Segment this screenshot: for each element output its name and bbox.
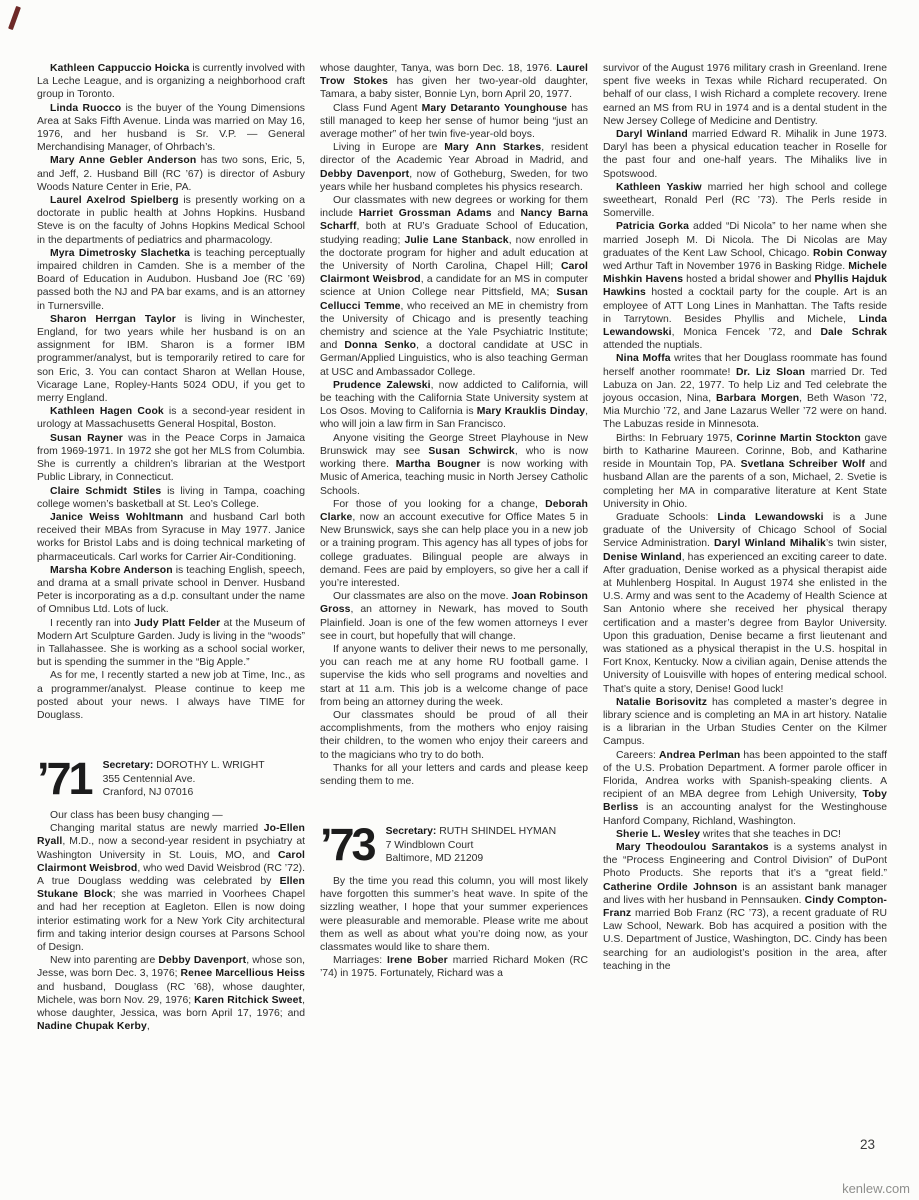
classmate-name: Patricia Gorka [616,221,689,232]
secretary-info: Secretary: DOROTHY L. WRIGHT355 Centenni… [103,759,265,800]
classmate-name: Mary Anne Gebler Anderson [50,155,196,166]
classmate-name: Harriet Grossman Adams [359,208,492,219]
text-segment: wed Arthur Taft in November 1976 in Bask… [603,261,848,272]
text-segment: As for me, I recently started a new job … [37,670,305,721]
class-year-heading: ’71Secretary: DOROTHY L. WRIGHT355 Cente… [37,758,305,800]
classmate-name: Mary Ann Starkes [444,142,541,153]
text-segment: New into parenting are [50,955,158,966]
text-segment: Changing marital status are newly marrie… [50,823,264,834]
classmate-name: Donna Senko [344,340,416,351]
classmate-name: Daryl Winland Mihalik [714,538,826,549]
text-segment: survivor of the August 1976 military cra… [603,63,887,127]
secretary-name: RUTH SHINDEL HYMAN [439,826,556,837]
classmate-name: Denise Winland [603,552,682,563]
classmate-name: Catherine Ordile Johnson [603,882,737,893]
classmate-name: Svetlana Schreiber Wolf [741,459,866,470]
text-segment: , now an account executive for Office Ma… [320,512,588,589]
classmate-name: Claire Schmidt Stiles [50,486,161,497]
classmate-name: Debby Davenport [158,955,246,966]
text-segment: Thanks for all your letters and cards an… [320,763,588,787]
classmate-name: Karen Ritchick Sweet [194,995,302,1006]
classmate-name: Sherie L. Wesley [616,829,700,840]
text-segment: Our class has been busy changing — [50,810,223,821]
news-paragraph: whose daughter, Tanya, was born Dec. 18,… [320,62,588,102]
text-segment: , Monica Fencek ’72, and [672,327,821,338]
text-segment: , an attorney in Newark, has moved to So… [320,604,588,641]
news-paragraph: Prudence Zalewski, now addicted to Calif… [320,379,588,432]
news-paragraph: By the time you read this column, you wi… [320,875,588,954]
news-paragraph: Marsha Kobre Anderson is teaching Englis… [37,564,305,617]
news-paragraph: Marriages: Irene Bober married Richard M… [320,954,588,980]
news-paragraph: Mary Anne Gebler Anderson has two sons, … [37,154,305,194]
text-segment: By the time you read this column, you wi… [320,876,588,953]
classmate-name: Robin Conway [813,248,887,259]
news-paragraph: Natalie Borisovitz has completed a maste… [603,696,887,749]
news-paragraph: Class Fund Agent Mary Detaranto Younghou… [320,102,588,142]
classmate-name: Barbara Morgen [716,393,799,404]
news-paragraph: Sharon Herrgan Taylor is living in Winch… [37,313,305,405]
classmate-name: Marsha Kobre Anderson [50,565,173,576]
classmate-name: Susan Schwirck [428,446,514,457]
text-column: survivor of the August 1976 military cra… [603,62,887,1033]
news-paragraph: Living in Europe are Mary Ann Starkes, r… [320,141,588,194]
news-paragraph: Kathleen Yaskiw married her high school … [603,181,887,221]
classmate-name: Nadine Chupak Kerby [37,1021,147,1032]
classmate-name: Renee Marcellious Heiss [181,968,305,979]
secretary-address-line: Cranford, NJ 07016 [103,786,265,800]
classmate-name: Judy Platt Felder [134,618,220,629]
news-paragraph: If anyone wants to deliver their news to… [320,643,588,709]
news-paragraph: Thanks for all your letters and cards an… [320,762,588,788]
classmate-name: Nina Moffa [616,353,671,364]
classmate-name: Myra Dimetrosky Slachetka [50,248,190,259]
news-paragraph: Daryl Winland married Edward R. Mihalik … [603,128,887,181]
classmate-name: Mary Detaranto Younghouse [422,103,567,114]
text-segment: whose daughter, Tanya, was born Dec. 18,… [320,63,556,74]
secretary-name: DOROTHY L. WRIGHT [156,760,264,771]
text-segment: If anyone wants to deliver their news to… [320,644,588,708]
classmate-name: Laurel Axelrod Spielberg [50,195,179,206]
news-paragraph: survivor of the August 1976 military cra… [603,62,887,128]
classmate-name: Irene Bober [387,955,448,966]
secretary-label: Secretary: [103,760,154,771]
classmate-name: Julie Lane Stanback [404,235,508,246]
news-paragraph: I recently ran into Judy Platt Felder at… [37,617,305,670]
classmate-name: Linda Lewandowski [718,512,824,523]
text-segment: is an accounting analyst for the Westing… [603,802,887,826]
secretary-info: Secretary: RUTH SHINDEL HYMAN7 Windblown… [386,825,557,866]
classmate-name: Janice Weiss Wohltmann [50,512,183,523]
news-paragraph: Claire Schmidt Stiles is living in Tampa… [37,485,305,511]
news-paragraph: Our classmates should be proud of all th… [320,709,588,762]
classmate-name: Martha Bougner [396,459,481,470]
news-paragraph: Myra Dimetrosky Slachetka is teaching pe… [37,247,305,313]
news-paragraph: As for me, I recently started a new job … [37,669,305,722]
text-segment: Careers: [616,750,659,761]
news-paragraph: New into parenting are Debby Davenport, … [37,954,305,1033]
secretary-label: Secretary: [386,826,437,837]
text-segment: , M.D., now a second-year resident in ps… [37,836,305,860]
classmate-name: Kathleen Yaskiw [616,182,702,193]
news-paragraph: Our class has been busy changing — [37,809,305,822]
site-watermark: kenlew.com [842,1181,910,1196]
text-segment: , [147,1021,150,1032]
class-year: ’73 [320,824,374,865]
classmate-name: Dr. Liz Sloan [736,367,805,378]
text-segment: I recently ran into [50,618,134,629]
secretary-address-line: 355 Centennial Ave. [103,773,265,787]
text-segment: married Bob Franz (RC ’73), a recent gra… [603,908,887,972]
news-paragraph: Changing marital status are newly marrie… [37,822,305,954]
text-column: Kathleen Cappuccio Hoicka is currently i… [37,62,305,1033]
news-paragraph: Careers: Andrea Perlman has been appoint… [603,749,887,828]
classmate-name: Linda Ruocco [50,103,121,114]
text-segment: ’s twin sister, [826,538,887,549]
classmate-name: Natalie Borisovitz [616,697,707,708]
text-segment: For those of you looking for a change, [333,499,545,510]
classmate-name: Andrea Perlman [659,750,740,761]
news-paragraph: Mary Theodoulou Sarantakos is a systems … [603,841,887,973]
news-paragraph: Janice Weiss Wohltmann and husband Carl … [37,511,305,564]
text-segment: Class Fund Agent [333,103,422,114]
news-paragraph: Susan Rayner was in the Peace Corps in J… [37,432,305,485]
text-segment: Births: In February 1975, [616,433,736,444]
classmate-name: Susan Rayner [50,433,123,444]
secretary-address-line: Baltimore, MD 21209 [386,852,557,866]
text-segment: attended the nuptials. [603,340,702,351]
text-segment: hosted a bridal shower and [683,274,814,285]
text-segment: , has experienced an exciting career to … [603,552,887,695]
text-segment: writes that she teaches in DC! [700,829,841,840]
news-paragraph: Births: In February 1975, Corinne Martin… [603,432,887,511]
classmate-name: Mary Theodoulou Sarantakos [616,842,769,853]
news-paragraph: Our classmates are also on the move. Joa… [320,590,588,643]
news-paragraph: For those of you looking for a change, D… [320,498,588,590]
news-paragraph: Graduate Schools: Linda Lewandowski is a… [603,511,887,696]
news-paragraph: Laurel Axelrod Spielberg is presently wo… [37,194,305,247]
news-paragraph: Linda Ruocco is the buyer of the Young D… [37,102,305,155]
text-segment: hosted a cocktail party for the couple. … [603,287,887,324]
text-segment: Marriages: [333,955,387,966]
text-segment: Graduate Schools: [616,512,718,523]
news-paragraph: Kathleen Cappuccio Hoicka is currently i… [37,62,305,102]
classmate-name: Sharon Herrgan Taylor [50,314,176,325]
classmate-name: Prudence Zalewski [333,380,431,391]
class-notes-columns: Kathleen Cappuccio Hoicka is currently i… [0,0,919,1033]
classmate-name: Kathleen Cappuccio Hoicka [50,63,189,74]
classmate-name: Daryl Winland [616,129,688,140]
news-paragraph: Our classmates with new degrees or worki… [320,194,588,379]
classmate-name: Corinne Martin Stockton [736,433,861,444]
classmate-name: Dale Schrak [820,327,887,338]
text-segment: is living in Winchester, England, for tw… [37,314,305,404]
news-paragraph: Nina Moffa writes that her Douglass room… [603,352,887,431]
classmate-name: Kathleen Hagen Cook [50,406,164,417]
class-year: ’71 [37,758,91,799]
news-paragraph: Kathleen Hagen Cook is a second-year res… [37,405,305,431]
magazine-page: Kathleen Cappuccio Hoicka is currently i… [0,0,919,1200]
news-paragraph: Patricia Gorka added “Di Nicola” to her … [603,220,887,352]
text-segment: Our classmates are also on the move. [333,591,512,602]
page-number: 23 [860,1137,875,1152]
text-segment: Our classmates should be proud of all th… [320,710,588,761]
classmate-name: Mary Krauklis Dinday [477,406,585,417]
class-year-heading: ’73Secretary: RUTH SHINDEL HYMAN7 Windbl… [320,824,588,866]
text-segment: Living in Europe are [333,142,444,153]
text-column: whose daughter, Tanya, was born Dec. 18,… [320,62,588,1033]
news-paragraph: Sherie L. Wesley writes that she teaches… [603,828,887,841]
secretary-address-line: 7 Windblown Court [386,839,557,853]
classmate-name: Debby Davenport [320,169,409,180]
news-paragraph: Anyone visiting the George Street Playho… [320,432,588,498]
text-segment: and [492,208,521,219]
